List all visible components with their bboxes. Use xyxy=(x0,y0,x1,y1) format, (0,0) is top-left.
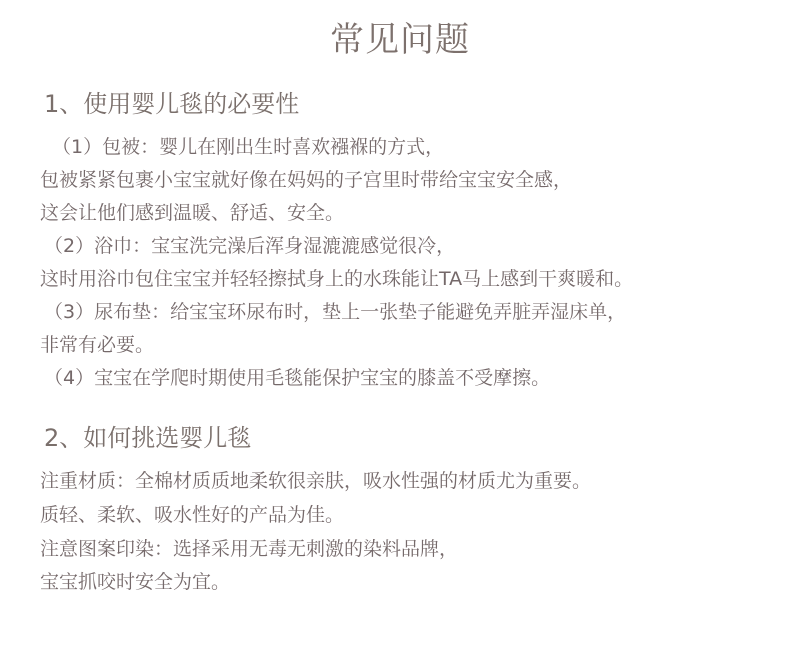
page-title: 常见问题 xyxy=(0,18,800,62)
paragraph-line: （1）包被：婴儿在刚出生时喜欢襁褓的方式， xyxy=(52,133,444,161)
section-title: 2、如何挑选婴儿毯 xyxy=(44,422,251,454)
section-title: 1、使用婴儿毯的必要性 xyxy=(44,88,299,120)
paragraph-line: 这时用浴巾包住宝宝并轻轻擦拭身上的水珠能让TA马上感到干爽暖和。 xyxy=(40,265,633,293)
paragraph-line: 这会让他们感到温暖、舒适、安全。 xyxy=(40,199,344,227)
paragraph-line: 注意图案印染：选择采用无毒无刺激的染料品牌， xyxy=(40,535,458,563)
paragraph-line: （4）宝宝在学爬时期使用毛毯能保护宝宝的膝盖不受摩擦。 xyxy=(44,364,550,392)
paragraph-line: 宝宝抓咬时安全为宜。 xyxy=(40,568,230,596)
paragraph-line: 包被紧紧包裹小宝宝就好像在妈妈的子宫里时带给宝宝安全感， xyxy=(40,166,572,194)
paragraph-line: （3）尿布垫：给宝宝环尿布时，垫上一张垫子能避免弄脏弄湿床单， xyxy=(44,298,626,326)
paragraph-line: 注重材质：全棉材质质地柔软很亲肤，吸水性强的材质尤为重要。 xyxy=(40,467,591,495)
paragraph-line: 质轻、柔软、吸水性好的产品为佳。 xyxy=(40,501,344,529)
paragraph-line: （2）浴巾：宝宝洗完澡后浑身湿漉漉感觉很冷， xyxy=(44,232,455,260)
paragraph-line: 非常有必要。 xyxy=(40,331,154,359)
